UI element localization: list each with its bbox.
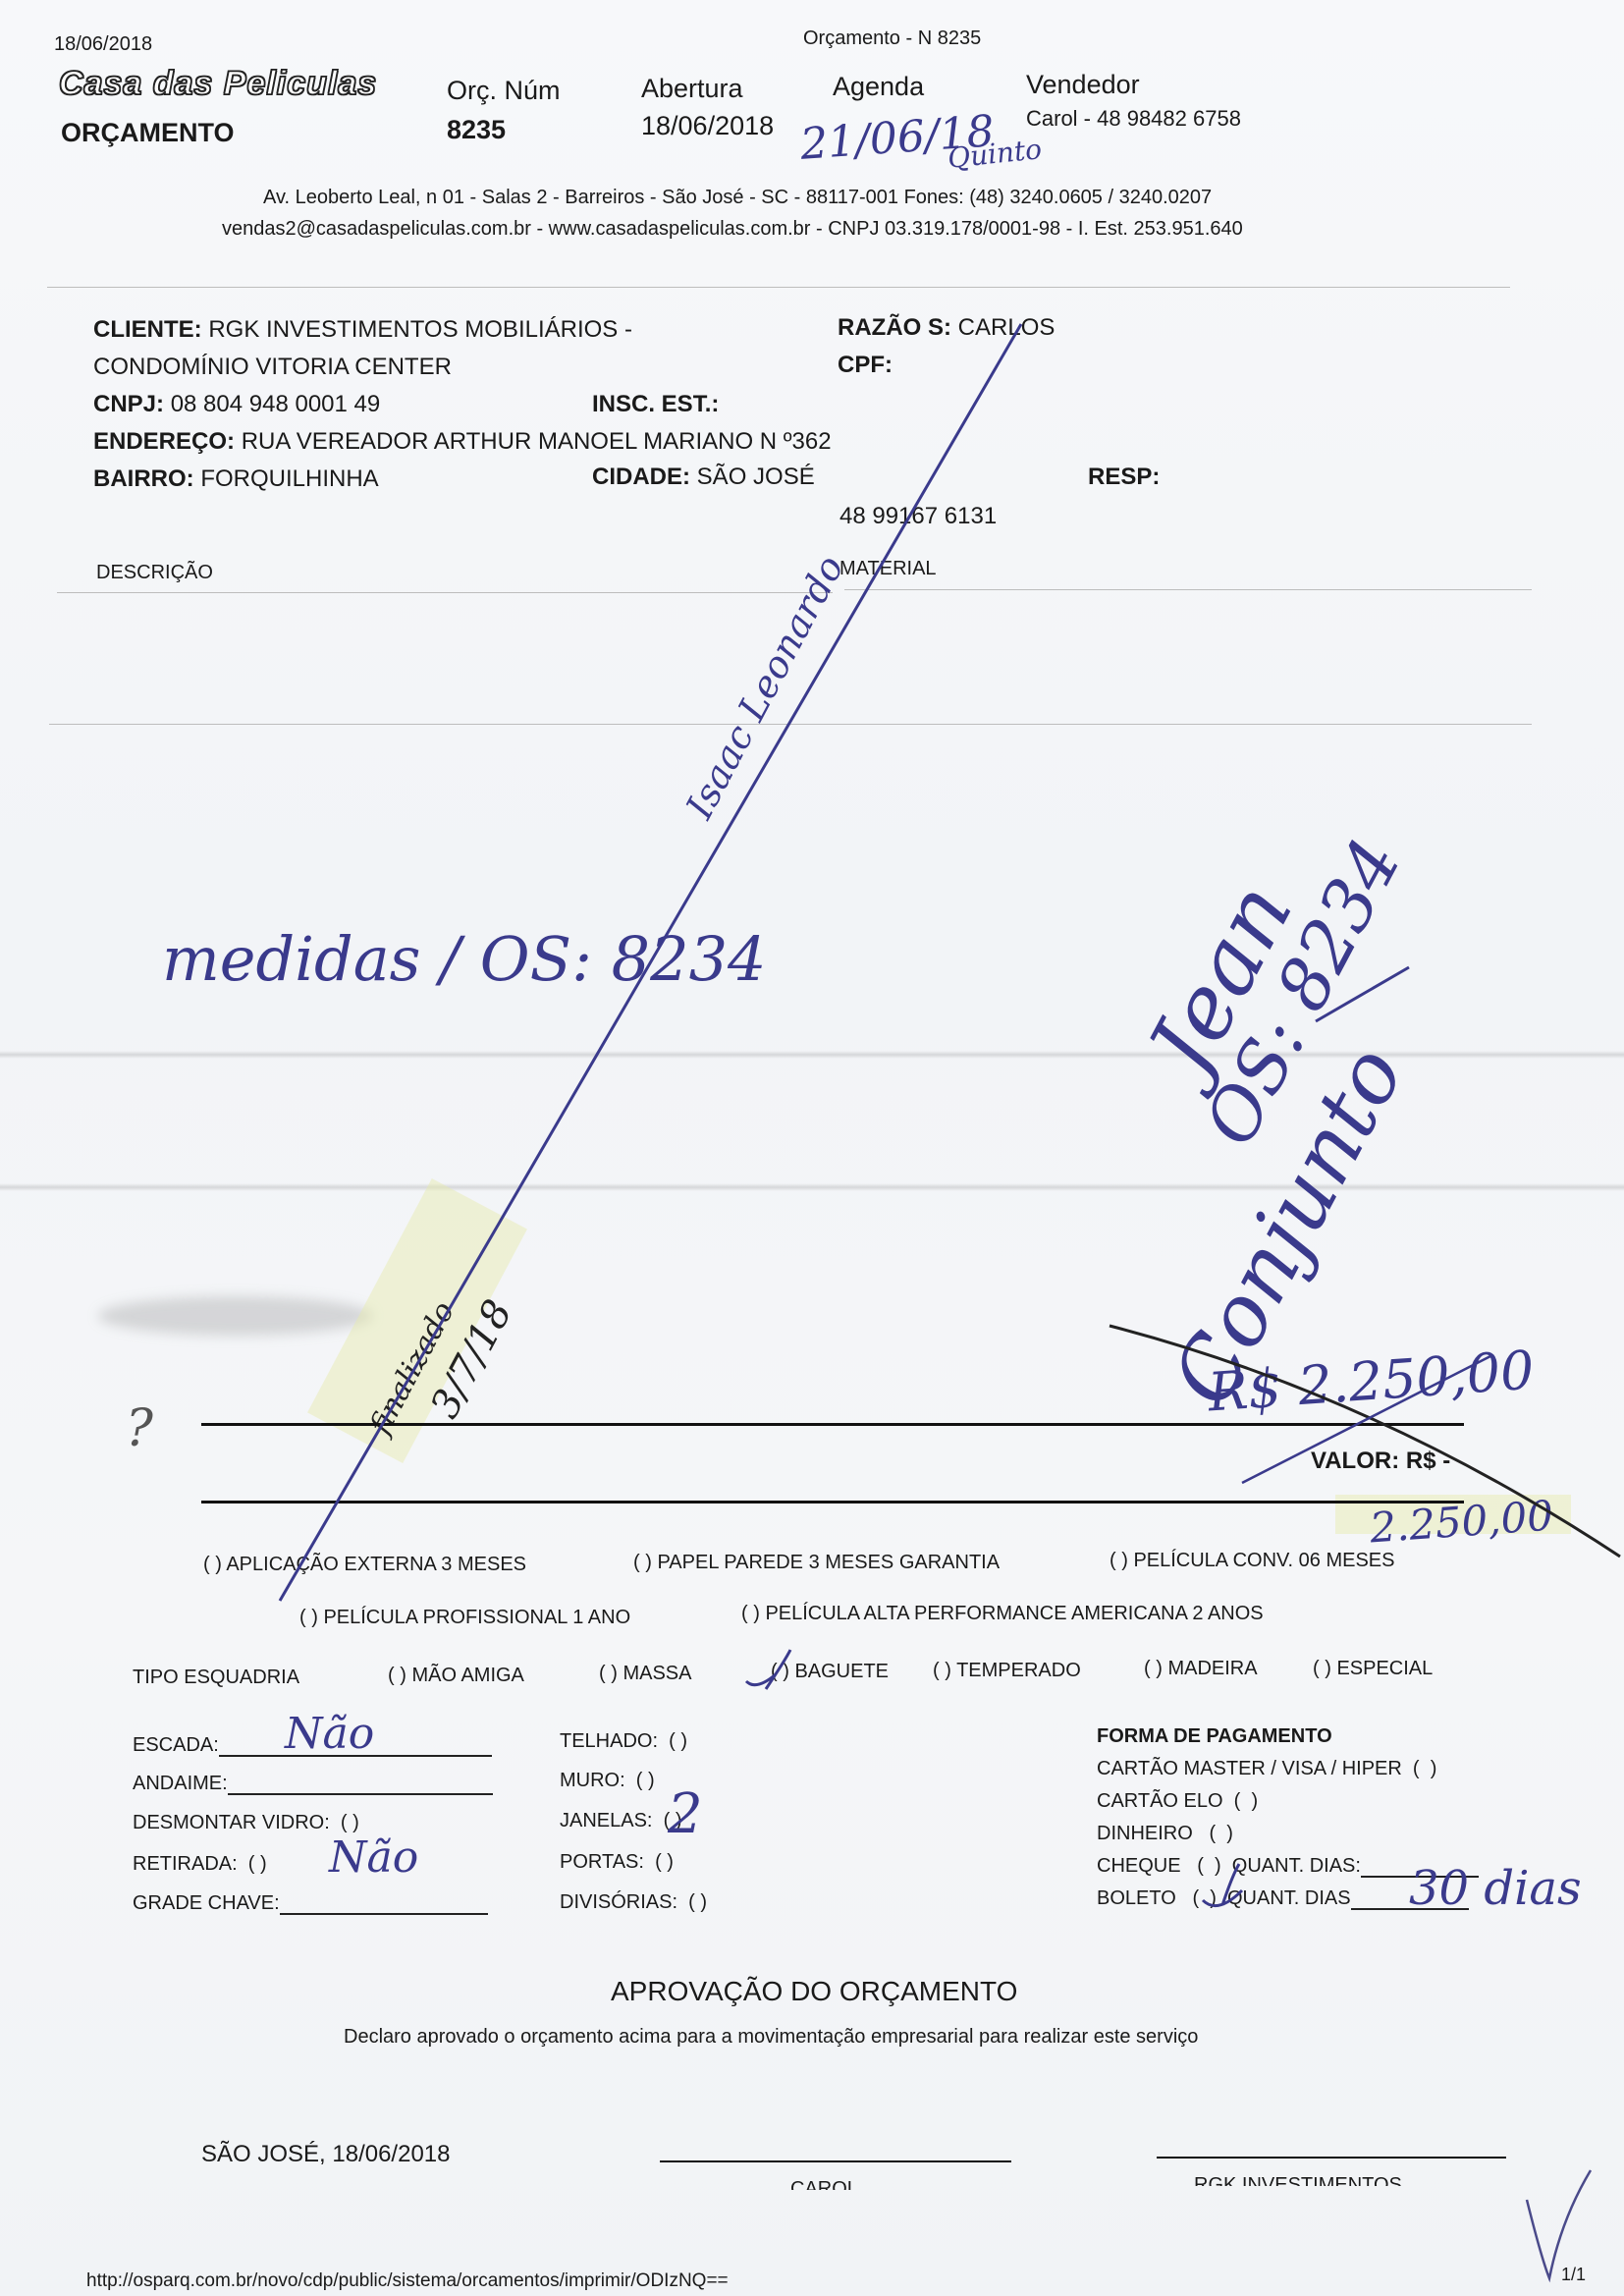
razao-field: RAZÃO S: CARLOS — [838, 314, 1055, 342]
divisorias-label: DIVISÓRIAS: — [560, 1891, 677, 1913]
payment-dinheiro[interactable]: DINHEIRO ( ) — [1097, 1823, 1233, 1845]
abertura-label: Abertura — [641, 74, 743, 104]
esquadria-option-checked[interactable]: ( ) BAGUETE — [771, 1661, 889, 1683]
esquadria-option[interactable]: ( ) TEMPERADO — [933, 1660, 1081, 1682]
desmontar-field[interactable]: DESMONTAR VIDRO: ( ) — [133, 1812, 359, 1834]
boleto-dias-value: 30 dias — [1409, 1861, 1582, 1916]
divider — [57, 592, 833, 593]
escada-value: Não — [285, 1709, 374, 1759]
cnpj-label: CNPJ: — [93, 391, 164, 417]
andaime-label: ANDAIME: — [133, 1773, 228, 1794]
cpf-label: CPF: — [838, 352, 893, 379]
ink-smudge — [98, 1296, 373, 1336]
company-contact: vendas2@casadaspeliculas.com.br - www.ca… — [222, 218, 1243, 241]
signature-tick-icon — [1527, 2170, 1591, 2278]
janelas-value: 2 — [668, 1782, 703, 1846]
portas-label: PORTAS: — [560, 1851, 644, 1873]
warranty-option[interactable]: ( ) PELÍCULA ALTA PERFORMANCE AMERICANA … — [741, 1603, 1264, 1625]
andaime-field[interactable]: ANDAIME: — [133, 1773, 493, 1795]
orc-num-label: Orç. Núm — [447, 76, 561, 106]
warranty-option-label: PAPEL PAREDE 3 MESES GARANTIA — [657, 1552, 1000, 1573]
cidade-value: SÃO JOSÉ — [697, 464, 815, 490]
endereco-label: ENDEREÇO: — [93, 428, 235, 455]
page-number: 1/1 — [1561, 2265, 1586, 2285]
vendedor-label: Vendedor — [1026, 70, 1140, 100]
warranty-option-label: PELÍCULA ALTA PERFORMANCE AMERICANA 2 AN… — [765, 1603, 1263, 1624]
payment-option-label: CARTÃO ELO — [1097, 1790, 1223, 1812]
grade-field[interactable]: GRADE CHAVE: — [133, 1892, 488, 1915]
warranty-option[interactable]: ( ) APLICAÇÃO EXTERNA 3 MESES — [203, 1554, 526, 1576]
esquadria-option[interactable]: ( ) MASSA — [599, 1663, 691, 1685]
esquadria-option-label: MASSA — [623, 1663, 691, 1684]
abertura-value: 18/06/2018 — [641, 111, 774, 141]
cidade-label: CIDADE: — [592, 464, 690, 490]
muro-field[interactable]: MURO: ( ) — [560, 1770, 655, 1792]
esquadria-option[interactable]: ( ) MADEIRA — [1144, 1658, 1258, 1680]
payment-option-label: BOLETO — [1097, 1887, 1176, 1909]
payment-cartao-master[interactable]: CARTÃO MASTER / VISA / HIPER ( ) — [1097, 1758, 1436, 1780]
endereco-value: RUA VEREADOR ARTHUR MANOEL MARIANO N º36… — [242, 428, 832, 455]
payment-option-label: CARTÃO MASTER / VISA / HIPER — [1097, 1758, 1402, 1779]
esquadria-label: TIPO ESQUADRIA — [133, 1667, 299, 1689]
handwritten-signature: Isaac Leonardo — [677, 548, 852, 825]
boleto-dias-label: QUANT. DIAS — [1227, 1887, 1351, 1909]
razao-label: RAZÃO S: — [838, 314, 951, 341]
cliente-field: CLIENTE: RGK INVESTIMENTOS MOBILIÁRIOS - — [93, 316, 632, 344]
portas-field[interactable]: PORTAS: ( ) — [560, 1851, 674, 1874]
insc-label: INSC. EST.: — [592, 391, 719, 418]
signature-name-right: RGK INVESTIMENTOS — [1194, 2174, 1402, 2186]
company-address: Av. Leoberto Leal, n 01 - Salas 2 - Barr… — [263, 187, 1212, 209]
print-date: 18/06/2018 — [54, 33, 152, 56]
retirada-value: Não — [329, 1832, 418, 1883]
approval-title: APROVAÇÃO DO ORÇAMENTO — [611, 1976, 1017, 2007]
approval-place-date: SÃO JOSÉ, 18/06/2018 — [201, 2141, 451, 2168]
orc-num-value: 8235 — [447, 115, 506, 145]
endereco-field: ENDEREÇO: RUA VEREADOR ARTHUR MANOEL MAR… — [93, 428, 832, 456]
valor-label: VALOR: R$ - — [1311, 1448, 1450, 1475]
warranty-option-label: APLICAÇÃO EXTERNA 3 MESES — [226, 1554, 526, 1575]
esquadria-option-label: TEMPERADO — [956, 1660, 1081, 1681]
client-phone: 48 99167 6131 — [839, 503, 997, 530]
warranty-option-label: PELÍCULA PROFISSIONAL 1 ANO — [323, 1607, 630, 1628]
valor-line-top — [201, 1423, 1464, 1426]
company-logo: Casa das Peliculas — [59, 65, 377, 103]
valor-line-bottom — [201, 1501, 1464, 1503]
desmontar-label: DESMONTAR VIDRO: — [133, 1812, 330, 1833]
warranty-option-label: PELÍCULA CONV. 06 MESES — [1133, 1550, 1394, 1571]
muro-label: MURO: — [560, 1770, 625, 1791]
esquadria-option[interactable]: ( ) MÃO AMIGA — [388, 1665, 524, 1687]
divider — [47, 287, 1510, 288]
cliente-value: RGK INVESTIMENTOS MOBILIÁRIOS - — [208, 316, 632, 343]
divider — [49, 724, 1532, 725]
agenda-label: Agenda — [833, 72, 924, 102]
vendedor-value: Carol - 48 98482 6758 — [1026, 106, 1241, 132]
handwritten-question: ? — [126, 1399, 153, 1458]
payment-title: FORMA DE PAGAMENTO — [1097, 1725, 1332, 1748]
retirada-field[interactable]: RETIRADA: ( ) — [133, 1853, 267, 1876]
retirada-label: RETIRADA: — [133, 1853, 238, 1875]
cnpj-field: CNPJ: 08 804 948 0001 49 — [93, 391, 380, 418]
escada-label: ESCADA: — [133, 1734, 219, 1756]
bairro-label: BAIRRO: — [93, 465, 194, 492]
bairro-field: BAIRRO: FORQUILHINHA — [93, 465, 379, 493]
cliente-label: CLIENTE: — [93, 316, 202, 343]
divider — [844, 589, 1532, 590]
payment-option-label: DINHEIRO — [1097, 1823, 1193, 1844]
material-label: MATERIAL — [839, 558, 937, 580]
janelas-label: JANELAS: — [560, 1810, 652, 1831]
warranty-option[interactable]: ( ) PELÍCULA CONV. 06 MESES — [1110, 1550, 1394, 1572]
cnpj-value: 08 804 948 0001 49 — [171, 391, 381, 417]
esquadria-option-label: MÃO AMIGA — [411, 1665, 523, 1686]
grade-label: GRADE CHAVE: — [133, 1892, 280, 1914]
handwritten-medidas: medidas / OS: 8234 — [162, 923, 766, 995]
payment-option-label: CHEQUE — [1097, 1855, 1181, 1877]
razao-value: CARLOS — [958, 314, 1056, 341]
paper-crease — [0, 1183, 1624, 1191]
esquadria-option-label: ESPECIAL — [1336, 1658, 1433, 1679]
bairro-value: FORQUILHINHA — [200, 465, 378, 492]
payment-cartao-elo[interactable]: CARTÃO ELO ( ) — [1097, 1790, 1258, 1813]
cliente-value-line2: CONDOMÍNIO VITORIA CENTER — [93, 354, 452, 381]
janelas-field[interactable]: JANELAS: ( ) — [560, 1810, 681, 1832]
telhado-field[interactable]: TELHADO: ( ) — [560, 1730, 687, 1753]
print-title: Orçamento - N 8235 — [803, 27, 981, 50]
esquadria-option[interactable]: ( ) ESPECIAL — [1313, 1658, 1433, 1680]
warranty-option[interactable]: ( ) PELÍCULA PROFISSIONAL 1 ANO — [299, 1607, 630, 1629]
esquadria-option-label: MADEIRA — [1167, 1658, 1257, 1679]
signature-line-left — [660, 2160, 1011, 2162]
cidade-field: CIDADE: SÃO JOSÉ — [592, 464, 815, 491]
signature-line-right — [1157, 2157, 1506, 2159]
signature-name-left: CAROL — [790, 2178, 858, 2190]
approval-statement: Declaro aprovado o orçamento acima para … — [344, 2026, 1198, 2049]
resp-label: RESP: — [1088, 464, 1160, 491]
telhado-label: TELHADO: — [560, 1730, 658, 1752]
esquadria-option-label: BAGUETE — [794, 1661, 889, 1682]
doc-type: ORÇAMENTO — [61, 118, 235, 148]
footer-url[interactable]: http://osparq.com.br/novo/cdp/public/sis… — [86, 2270, 729, 2292]
warranty-option[interactable]: ( ) PAPEL PAREDE 3 MESES GARANTIA — [633, 1552, 1000, 1574]
scanned-document: 18/06/2018 Orçamento - N 8235 Casa das P… — [0, 0, 1624, 2296]
descricao-label: DESCRIÇÃO — [96, 562, 213, 584]
divisorias-field[interactable]: DIVISÓRIAS: ( ) — [560, 1891, 707, 1914]
cheque-dias-label: QUANT. DIAS: — [1232, 1855, 1361, 1877]
